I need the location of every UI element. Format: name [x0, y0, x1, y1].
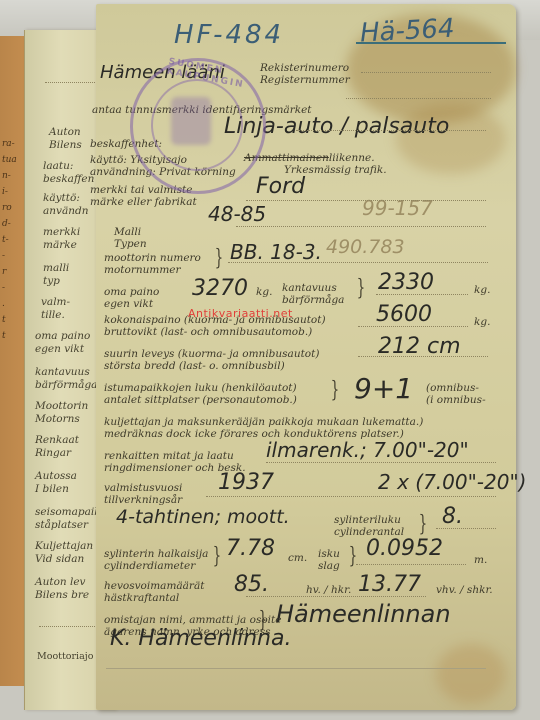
label-anvandn: användn: [43, 205, 88, 217]
label-autossa: Autossa: [35, 470, 77, 482]
label-moottoriajo: Moottoriajo: [37, 650, 93, 663]
label-oma-paino: oma paino: [35, 330, 90, 342]
label-barformaga: bärförmåga: [35, 379, 97, 391]
label-oma-paino: oma paino: [104, 286, 159, 298]
bore-unit: cm.: [288, 552, 307, 564]
label-valm: valm-: [41, 296, 70, 308]
taxable-horsepower-unit: vhv. / shkr.: [436, 584, 493, 596]
own-weight-value: 3270: [192, 276, 248, 301]
label-renkaat: Renkaat: [35, 434, 79, 446]
stroke-value: 0.0952: [366, 536, 443, 561]
capacity-value: 2330: [378, 270, 434, 295]
label-merkki: merkki: [43, 226, 80, 238]
dotted-line: [358, 356, 488, 357]
taxable-horsepower-value: 13.77: [358, 572, 421, 597]
label-motornummer: motornummer: [104, 264, 181, 276]
label-malli: Malli: [114, 226, 141, 238]
label-ringar: Ringar: [35, 447, 71, 459]
gross-weight-unit: kg.: [474, 316, 490, 328]
label-moottorin-numero: moottorin numero: [104, 252, 201, 264]
horsepower-value: 85.: [234, 572, 269, 597]
engine-type-value: 4-tahtinen; moott.: [116, 506, 290, 528]
label-kantavuus: kantavuus: [282, 282, 337, 294]
year-value: 1937: [218, 470, 274, 495]
label-kantavuus: kantavuus: [35, 366, 90, 378]
dotted-line: [246, 596, 426, 597]
dotted-line: [106, 668, 486, 669]
label-egen-vikt: egen vikt: [35, 343, 84, 355]
label-sylinterin-halkaisija: sylinterin halkaisija: [104, 548, 208, 560]
label-vid-sidan: Vid sidan: [35, 553, 84, 565]
label-typ: typ: [43, 275, 60, 287]
dotted-line: [356, 564, 466, 565]
label-rekisterinumero: Rekisterinumero: [260, 62, 349, 74]
label-bilens-bre: Bilens bre: [35, 589, 89, 601]
watermark: Antikvariaatti.net: [188, 307, 293, 320]
label-hevosvoimamaarat: hevosvoimamäärät: [104, 580, 204, 592]
own-weight-unit: kg.: [256, 286, 272, 298]
seats-note-fi: (omnibus-: [426, 382, 479, 394]
stamp-emblem-icon: [171, 97, 211, 145]
capacity-unit: kg.: [474, 284, 490, 296]
label-moottorin: Moottorin: [35, 400, 88, 412]
owner-value-2: K. Hämeenlinna.: [110, 626, 291, 651]
dotted-line: [358, 326, 468, 327]
dotted-line: [346, 98, 491, 99]
dotted-line: [246, 200, 486, 201]
strike-line: [356, 42, 506, 44]
dotted-line: [228, 262, 488, 263]
label-sittplatser: antalet sittplatser (personautomob.): [104, 394, 297, 406]
handwritten-plate: HF-484: [174, 20, 284, 50]
label-suurin-leveys: suurin leveys (kuorma- ja omnibusautot): [104, 348, 319, 360]
label-marke: märke: [43, 239, 77, 251]
label-istumapaikat: istumapaikkojen luku (henkilöautot): [104, 382, 297, 394]
dotted-line: [361, 72, 491, 73]
label-storsta-bredd: största bredd (last- o. omnibusbil): [104, 360, 285, 372]
bore-value: 7.78: [226, 536, 275, 561]
label-kuljettajan: Kuljettajan: [35, 540, 93, 552]
label-laatu: laatu:: [43, 160, 73, 172]
official-stamp: SUOMEN KAUPUNGIN: [130, 58, 266, 194]
dotted-line: [206, 496, 496, 497]
label-isku: isku: [318, 548, 340, 560]
label-malli: malli: [43, 262, 69, 274]
label-motorns: Motorns: [35, 413, 80, 425]
engine-number-faded: 490.783: [326, 236, 405, 258]
dotted-line: [376, 294, 468, 295]
label-auton: Auton: [49, 126, 81, 138]
engine-number-value: BB. 18-3.: [230, 240, 322, 264]
seats-note-sv: (i omnibus-: [426, 394, 486, 406]
label-tillverkningsar: tillverkningsår: [104, 494, 182, 506]
horsepower-unit: hv. / hkr.: [306, 584, 351, 596]
label-bruttovikt: bruttovikt (last- och omnibusautomob.): [104, 326, 312, 338]
dotted-line: [236, 226, 486, 227]
label-beskaffen: beskaffen: [43, 173, 94, 185]
make-value: Ford: [256, 174, 305, 199]
model-value: 48-85: [208, 202, 266, 226]
dotted-line: [436, 528, 496, 529]
dotted-line: [296, 130, 486, 131]
label-sylinteriluku: sylinteriluku: [334, 514, 401, 526]
option-liikenne: liikenne.: [329, 152, 375, 164]
label-typen: Typen: [114, 238, 147, 250]
label-bilens: Bilens: [49, 139, 82, 151]
label-barformaga: bärförmåga: [282, 294, 344, 306]
label-marke-fabrikat: märke eller fabrikat: [90, 196, 197, 208]
cover-text: ra-tuan-i-rod-t--r-.tt: [2, 136, 26, 344]
cylinders-value: 8.: [442, 504, 463, 529]
tyres-value-2: 2 x (7.00"-20"): [378, 470, 526, 494]
stroke-unit: m.: [474, 554, 487, 566]
label-renkaitten-mitat: renkaitten mitat ja laatu: [104, 450, 234, 462]
owner-value: Hämeenlinnan: [276, 600, 451, 628]
dotted-line: [266, 462, 496, 463]
label-staplatser: ståplatser: [35, 519, 88, 531]
label-i-bilen: I bilen: [35, 483, 69, 495]
label-valmistusvuosi: valmistusvuosi: [104, 482, 182, 494]
registration-page: HF-484 Hä-564 Hämeen lääni Rekisterinume…: [96, 4, 516, 710]
label-hastkraftantal: hästkraftantal: [104, 592, 179, 604]
label-kaytto: käyttö:: [43, 192, 80, 204]
label-egen-vikt: egen vikt: [104, 298, 153, 310]
label-slag: slag: [318, 560, 340, 572]
seats-footnote-fi: kuljettajan ja maksunkerääjän paikkoja m…: [104, 416, 423, 428]
label-cylinderdiameter: cylinderdiameter: [104, 560, 195, 572]
label-auton-lev: Auton lev: [35, 576, 86, 588]
label-registernummer: Registernummer: [260, 74, 350, 86]
label-tille: tille.: [41, 309, 65, 321]
tyres-value: ilmarenk.; 7.00"-20": [266, 438, 469, 462]
gross-weight-value: 5600: [376, 302, 432, 327]
seats-value: 9+1: [354, 372, 413, 405]
stain: [436, 644, 506, 704]
label-omistajan-nimi: omistajan nimi, ammatti ja osoite: [104, 614, 281, 626]
